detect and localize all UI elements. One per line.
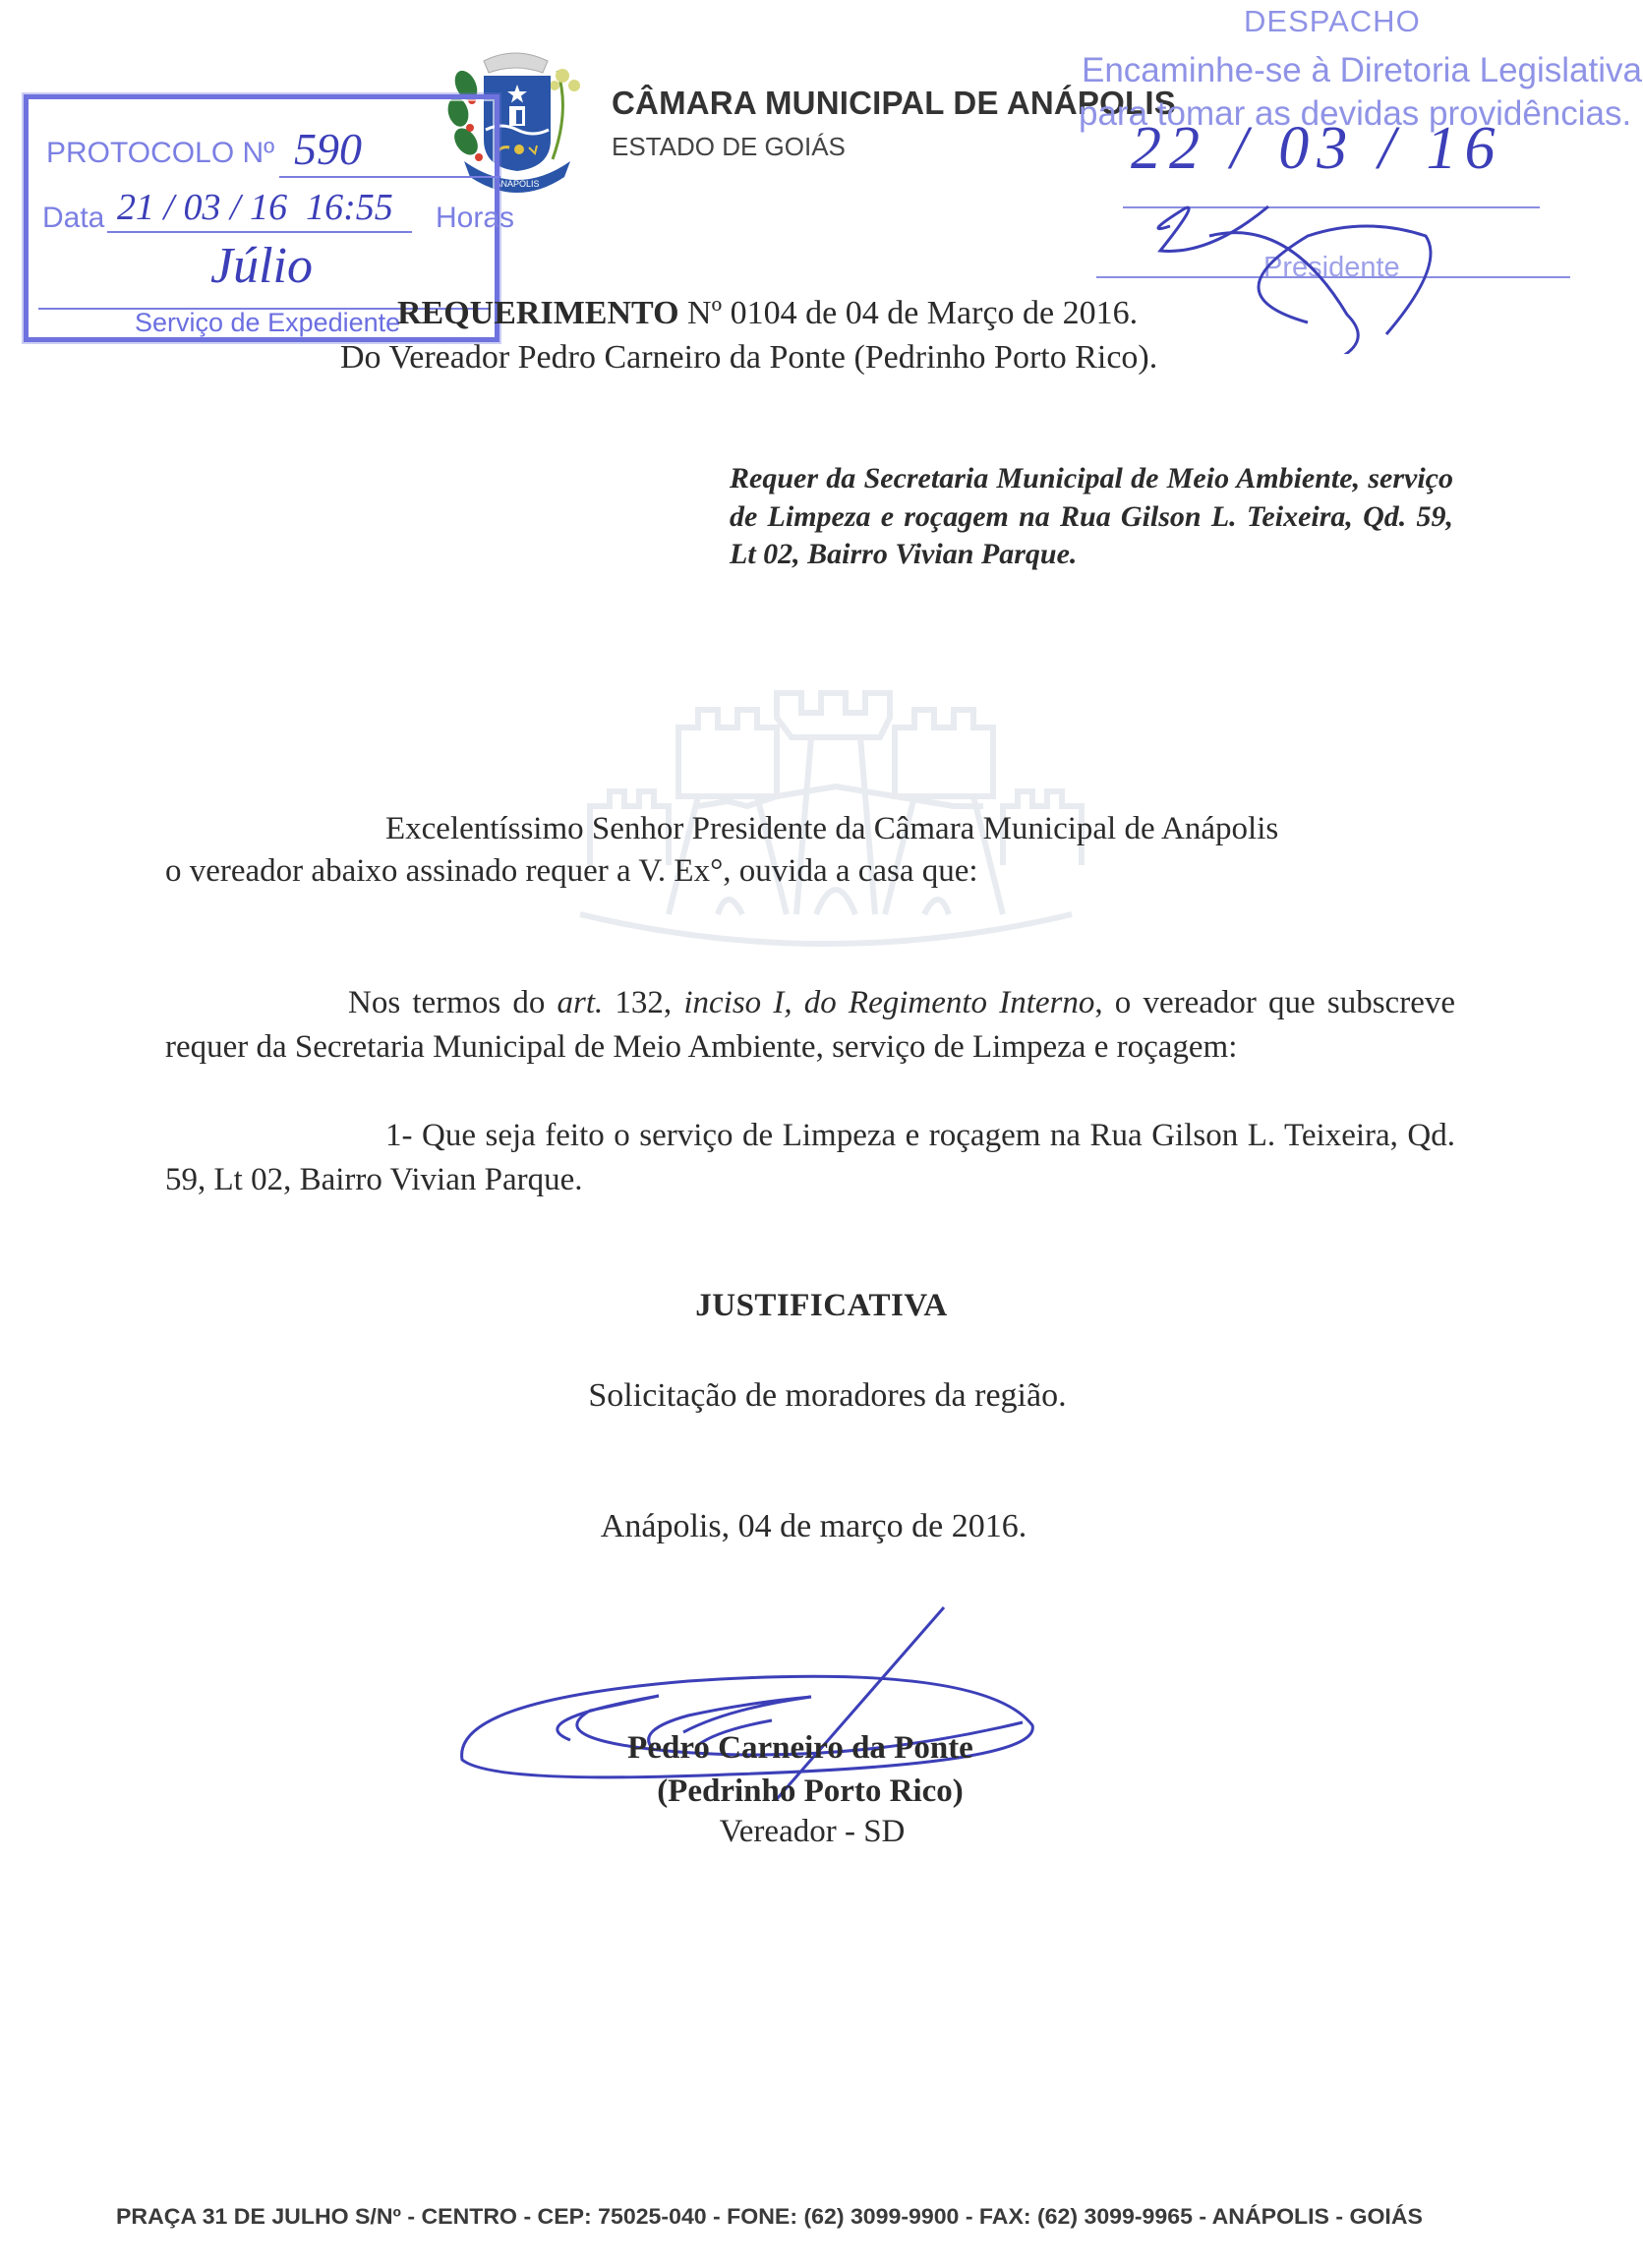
footer-address: PRAÇA 31 DE JULHO S/Nº - CENTRO - CEP: 7… bbox=[116, 2204, 1423, 2230]
dispatch-stamp-line1: Encaminhe-se à Diretoria Legislativa bbox=[1082, 51, 1642, 90]
article-ref: art. bbox=[557, 985, 604, 1020]
document-title: REQUERIMENTO Nº 0104 de 04 de Março de 2… bbox=[397, 295, 1138, 332]
document-author: Do Vereador Pedro Carneiro da Ponte (Ped… bbox=[340, 339, 1157, 377]
protocol-department: Serviço de Expediente bbox=[135, 308, 400, 338]
dispatch-handwritten-date: 22 / 03 / 16 bbox=[1131, 114, 1502, 184]
document-summary: Requer da Secretaria Municipal de Meio A… bbox=[730, 460, 1453, 574]
protocol-time-label: Horas bbox=[436, 202, 514, 235]
justification-heading: JUSTIFICATIVA bbox=[0, 1288, 1643, 1324]
regiment-ref: inciso I, do Regimento Interno bbox=[683, 985, 1094, 1020]
signatory-role: Vereador - SD bbox=[0, 1814, 1624, 1850]
request-paragraph: Nos termos do art. 132, inciso I, do Reg… bbox=[165, 981, 1455, 1070]
protocol-label: PROTOCOLO Nº bbox=[46, 137, 274, 170]
protocol-date: 21 / 03 / 16 16:55 bbox=[117, 186, 393, 229]
protocol-date-label: Data bbox=[42, 202, 104, 235]
dispatch-stamp-title: DESPACHO bbox=[1244, 4, 1421, 39]
justification-text: Solicitação de moradores da região. bbox=[0, 1377, 1643, 1415]
document-number-date: Nº 0104 de 04 de Março de 2016. bbox=[679, 295, 1139, 331]
protocol-receiver-signature: Júlio bbox=[210, 237, 313, 295]
request-text: 132, bbox=[603, 985, 683, 1020]
protocol-number-underline bbox=[279, 176, 500, 178]
state-name: ESTADO DE GOIÁS bbox=[612, 132, 846, 162]
place-and-date: Anápolis, 04 de março de 2016. bbox=[0, 1508, 1627, 1545]
svg-text:ANÁPOLIS: ANÁPOLIS bbox=[495, 179, 539, 189]
greeting-paragraph: Excelentíssimo Senhor Presidente da Câma… bbox=[165, 808, 1455, 893]
signatory-name: Pedro Carneiro da Ponte bbox=[0, 1730, 1601, 1767]
request-item-text: 1- Que seja feito o serviço de Limpeza e… bbox=[165, 1118, 1455, 1197]
protocol-date-underline bbox=[107, 231, 412, 233]
protocol-number: 590 bbox=[294, 123, 362, 175]
president-signature-icon bbox=[1131, 197, 1544, 354]
protocol-date-value: 21 / 03 / 16 bbox=[117, 187, 287, 228]
document-type: REQUERIMENTO bbox=[397, 295, 679, 331]
request-text: Nos termos do bbox=[348, 985, 557, 1020]
greeting-line-2: o vereador abaixo assinado requer a V. E… bbox=[165, 850, 1455, 893]
request-item-1: 1- Que seja feito o serviço de Limpeza e… bbox=[165, 1114, 1455, 1202]
greeting-line-1: Excelentíssimo Senhor Presidente da Câma… bbox=[165, 808, 1455, 850]
signatory-alias: (Pedrinho Porto Rico) bbox=[0, 1774, 1620, 1810]
protocol-time-value: 16:55 bbox=[306, 187, 393, 228]
